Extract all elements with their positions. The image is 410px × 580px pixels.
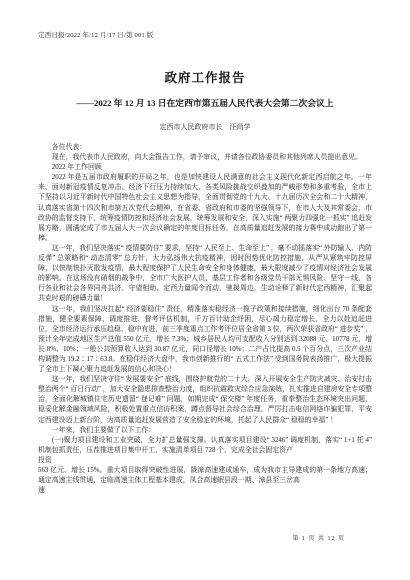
body-paragraph: (一)聚力项目建设和工业突破，全力扩总量强支撑。认真落实项目建设“ 3246” … <box>38 436 372 456</box>
page-title: 政府工作报告 <box>0 68 410 86</box>
body-paragraph: 各位代表： <box>38 143 372 153</box>
page-footer: 第 1 页 共 12 页 <box>292 533 345 542</box>
body-paragraph: 投资 <box>38 456 372 466</box>
body-paragraph: 速 <box>38 486 372 496</box>
body-paragraph: 一年来，我们主要做了以下工作： <box>38 426 372 436</box>
body-paragraph: 2022 年是五届市政府履职的开局之年，也是加快建设人民满意的社会主义现代化新定… <box>38 173 372 244</box>
page-subtitle: ——2022 年 12 月 13 日在定西市第五届人民代表大会第二次会议上 <box>0 96 410 109</box>
body-paragraph: 这一年，我们坚决扛起“ 经济要稳住” 责任，精准落实稳经济一揽子政策和接续措施，… <box>38 305 372 376</box>
document-page: 定西日报/2022 年/12 月/17 日/第 001 版 政府工作报告 ——2… <box>0 0 410 580</box>
body-paragraph: 这一年，我们坚决守住“ 发展要安全” 底线，围绕护航党的二十大，深入开展安全生产… <box>38 375 372 425</box>
masthead: 定西日报/2022 年/12 月/17 日/第 001 版 <box>38 30 153 39</box>
document-body: 各位代表：现在，我代表市人民政府，向大会报告工作，请予审议，并请各位政协委员和其… <box>38 143 372 496</box>
body-paragraph: 这一年，我们坚决落实“ 疫情要防住” 要求，坚持“ 人民至上、生命至上” ，毫不… <box>38 244 372 305</box>
body-paragraph: 现在，我代表市人民政府，向大会报告工作，请予审议，并请各位政协委员和其他列席人员… <box>38 153 372 163</box>
byline: 定西市人民政府市长 汪尚学 <box>0 122 410 132</box>
body-paragraph: 563 亿元、增长 15%。重大项目取得突破性进展，陇漳高速建成通车，成为我市主… <box>38 466 372 486</box>
body-paragraph: 2022 年工作回顾 <box>38 163 372 173</box>
